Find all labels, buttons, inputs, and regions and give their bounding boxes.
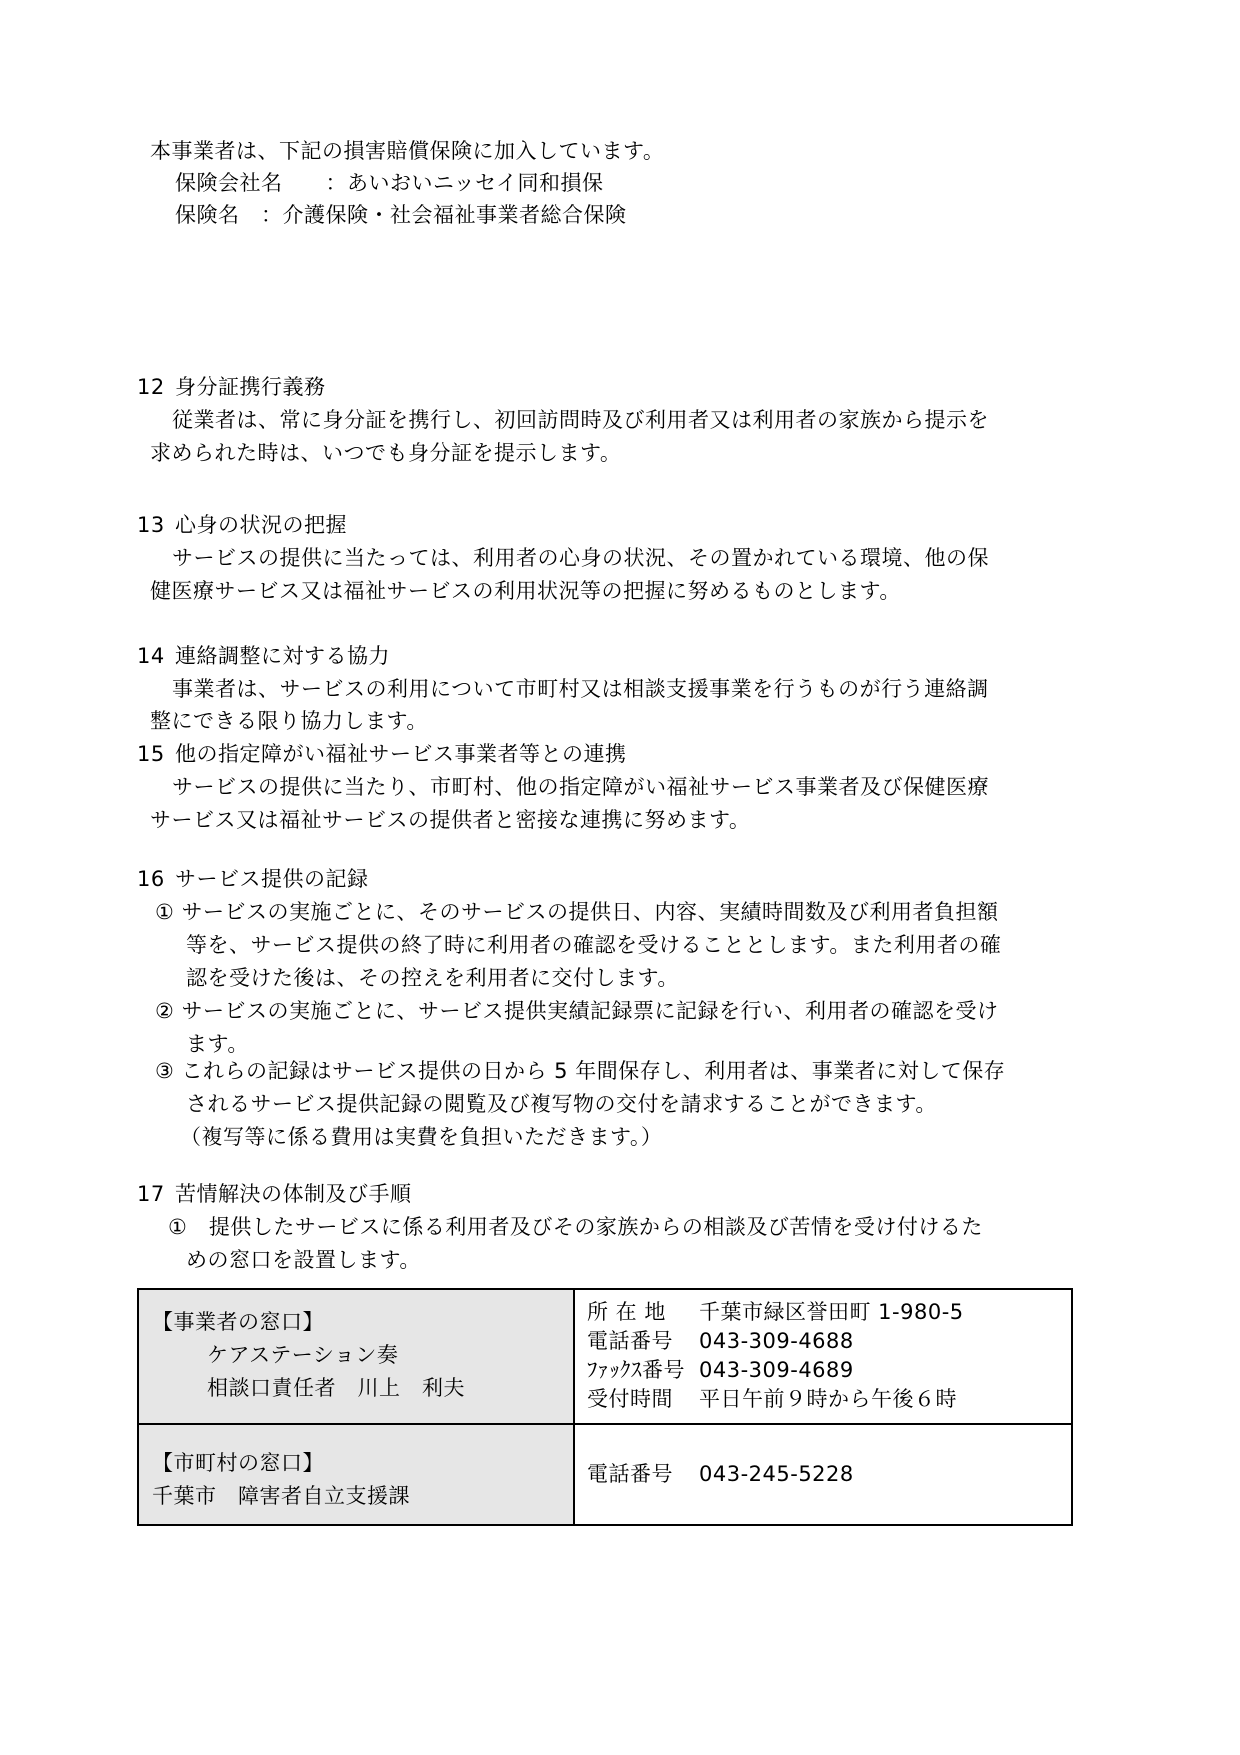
section-16-number: 16	[137, 866, 165, 892]
table-row: 【事業者の窓口】 ケアステーション奏 相談口責任者 川上 利夫 所 在 地 千葉…	[139, 1290, 1071, 1423]
section-15-body-line: サービスの提供に当たり、市町村、他の指定障がい福祉サービス事業者及び保健医療	[172, 774, 989, 800]
fax-value: 043-309-4689	[699, 1356, 1071, 1385]
section-13-body-line: 健医療サービス又は福祉サービスの利用状況等の把握に努めるものとします。	[150, 578, 901, 604]
section-16-item2-line: ます。	[186, 1031, 249, 1057]
contact-line-address: 所 在 地 千葉市緑区誉田町 1-980-5	[575, 1298, 1071, 1327]
section-14-body-line: 整にできる限り協力します。	[150, 708, 428, 734]
section-16-item3-note: （複写等に係る費用は実費を負担いただきます。）	[180, 1124, 662, 1150]
section-16-item1-line: 等を、サービス提供の終了時に利用者の確認を受けることとします。また利用者の確	[186, 932, 1001, 958]
municipality-window-cell: 【市町村の窓口】 千葉市 障害者自立支援課	[139, 1425, 575, 1524]
section-16-item2-line: ② サービスの実施ごとに、サービス提供実績記録票に記録を行い、利用者の確認を受け	[155, 998, 999, 1024]
section-13-title: 心身の状況の把握	[175, 512, 347, 538]
provider-window-cell: 【事業者の窓口】 ケアステーション奏 相談口責任者 川上 利夫	[139, 1290, 575, 1423]
contact-line-phone: 電話番号 043-309-4688	[575, 1327, 1071, 1356]
section-12-number: 12	[137, 374, 165, 400]
provider-window-heading: 【事業者の窓口】	[139, 1306, 573, 1339]
section-17-number: 17	[137, 1181, 165, 1207]
section-12-body-line: 従業者は、常に身分証を携行し、初回訪問時及び利用者又は利用者の家族から提示を	[172, 407, 989, 433]
insurance-intro-line: 本事業者は、下記の損害賠償保険に加入しています。	[150, 138, 664, 164]
phone-value: 043-245-5228	[699, 1460, 854, 1489]
section-16-item1-line: ① サービスの実施ごとに、そのサービスの提供日、内容、実績時間数及び利用者負担額	[155, 899, 999, 925]
contact-line-phone: 電話番号 043-245-5228	[575, 1460, 854, 1489]
section-16-title: サービス提供の記録	[175, 866, 369, 892]
section-16-item1-line: 認を受けた後は、その控えを利用者に交付します。	[186, 965, 679, 991]
section-15-body-line: サービス又は福祉サービスの提供者と密接な連携に努めます。	[150, 807, 750, 833]
phone-value: 043-309-4688	[699, 1327, 1071, 1356]
section-17-item1-line: ① 提供したサービスに係る利用者及びその家族からの相談及び苦情を受け付けるた	[168, 1214, 983, 1240]
municipality-department: 千葉市 障害者自立支援課	[139, 1480, 573, 1513]
section-17-title: 苦情解決の体制及び手順	[175, 1181, 412, 1207]
contact-line-fax: ﾌｧｯｸｽ番号 043-309-4689	[575, 1356, 1071, 1385]
address-label: 所 在 地	[587, 1298, 699, 1327]
section-13-body-line: サービスの提供に当たっては、利用者の心身の状況、その置かれている環境、他の保	[172, 545, 989, 571]
section-16-item3-line: ③ これらの記録はサービス提供の日から 5 年間保存し、利用者は、事業者に対して…	[155, 1058, 1005, 1084]
provider-contact-person: 相談口責任者 川上 利夫	[139, 1372, 573, 1405]
section-15-number: 15	[137, 741, 165, 767]
contact-line-hours: 受付時間 平日午前９時から午後６時	[575, 1385, 1071, 1414]
phone-label: 電話番号	[587, 1327, 699, 1356]
document-page: 本事業者は、下記の損害賠償保険に加入しています。 保険会社名 ：あいおいニッセイ…	[0, 0, 1240, 1755]
municipality-window-heading: 【市町村の窓口】	[139, 1447, 573, 1480]
section-12-body-line: 求められた時は、いつでも身分証を提示します。	[150, 440, 621, 466]
section-16-item3-line: されるサービス提供記録の閲覧及び複写物の交付を請求することができます。	[186, 1091, 937, 1117]
section-12-title: 身分証携行義務	[175, 374, 326, 400]
phone-label: 電話番号	[587, 1460, 699, 1489]
municipality-contact-cell: 電話番号 043-245-5228	[575, 1425, 1071, 1524]
table-row: 【市町村の窓口】 千葉市 障害者自立支援課 電話番号 043-245-5228	[139, 1423, 1071, 1524]
section-17-item1-line: めの窓口を設置します。	[186, 1247, 421, 1273]
provider-contact-cell: 所 在 地 千葉市緑区誉田町 1-980-5 電話番号 043-309-4688…	[575, 1290, 1071, 1423]
hours-value: 平日午前９時から午後６時	[699, 1385, 1071, 1414]
hours-label: 受付時間	[587, 1385, 699, 1414]
section-15-title: 他の指定障がい福祉サービス事業者等との連携	[175, 741, 627, 767]
insurance-company-line: 保険会社名 ：あいおいニッセイ同和損保	[175, 170, 604, 196]
complaint-contact-table: 【事業者の窓口】 ケアステーション奏 相談口責任者 川上 利夫 所 在 地 千葉…	[137, 1288, 1073, 1526]
section-14-title: 連絡調整に対する協力	[175, 643, 390, 669]
fax-label: ﾌｧｯｸｽ番号	[587, 1356, 699, 1385]
section-14-number: 14	[137, 643, 165, 669]
provider-name: ケアステーション奏	[139, 1339, 573, 1372]
section-13-number: 13	[137, 512, 165, 538]
insurance-name-line: 保険名 ：介護保険・社会福祉事業者総合保険	[175, 202, 627, 228]
section-14-body-line: 事業者は、サービスの利用について市町村又は相談支援事業を行うものが行う連絡調	[172, 676, 989, 702]
address-value: 千葉市緑区誉田町 1-980-5	[699, 1298, 1071, 1327]
